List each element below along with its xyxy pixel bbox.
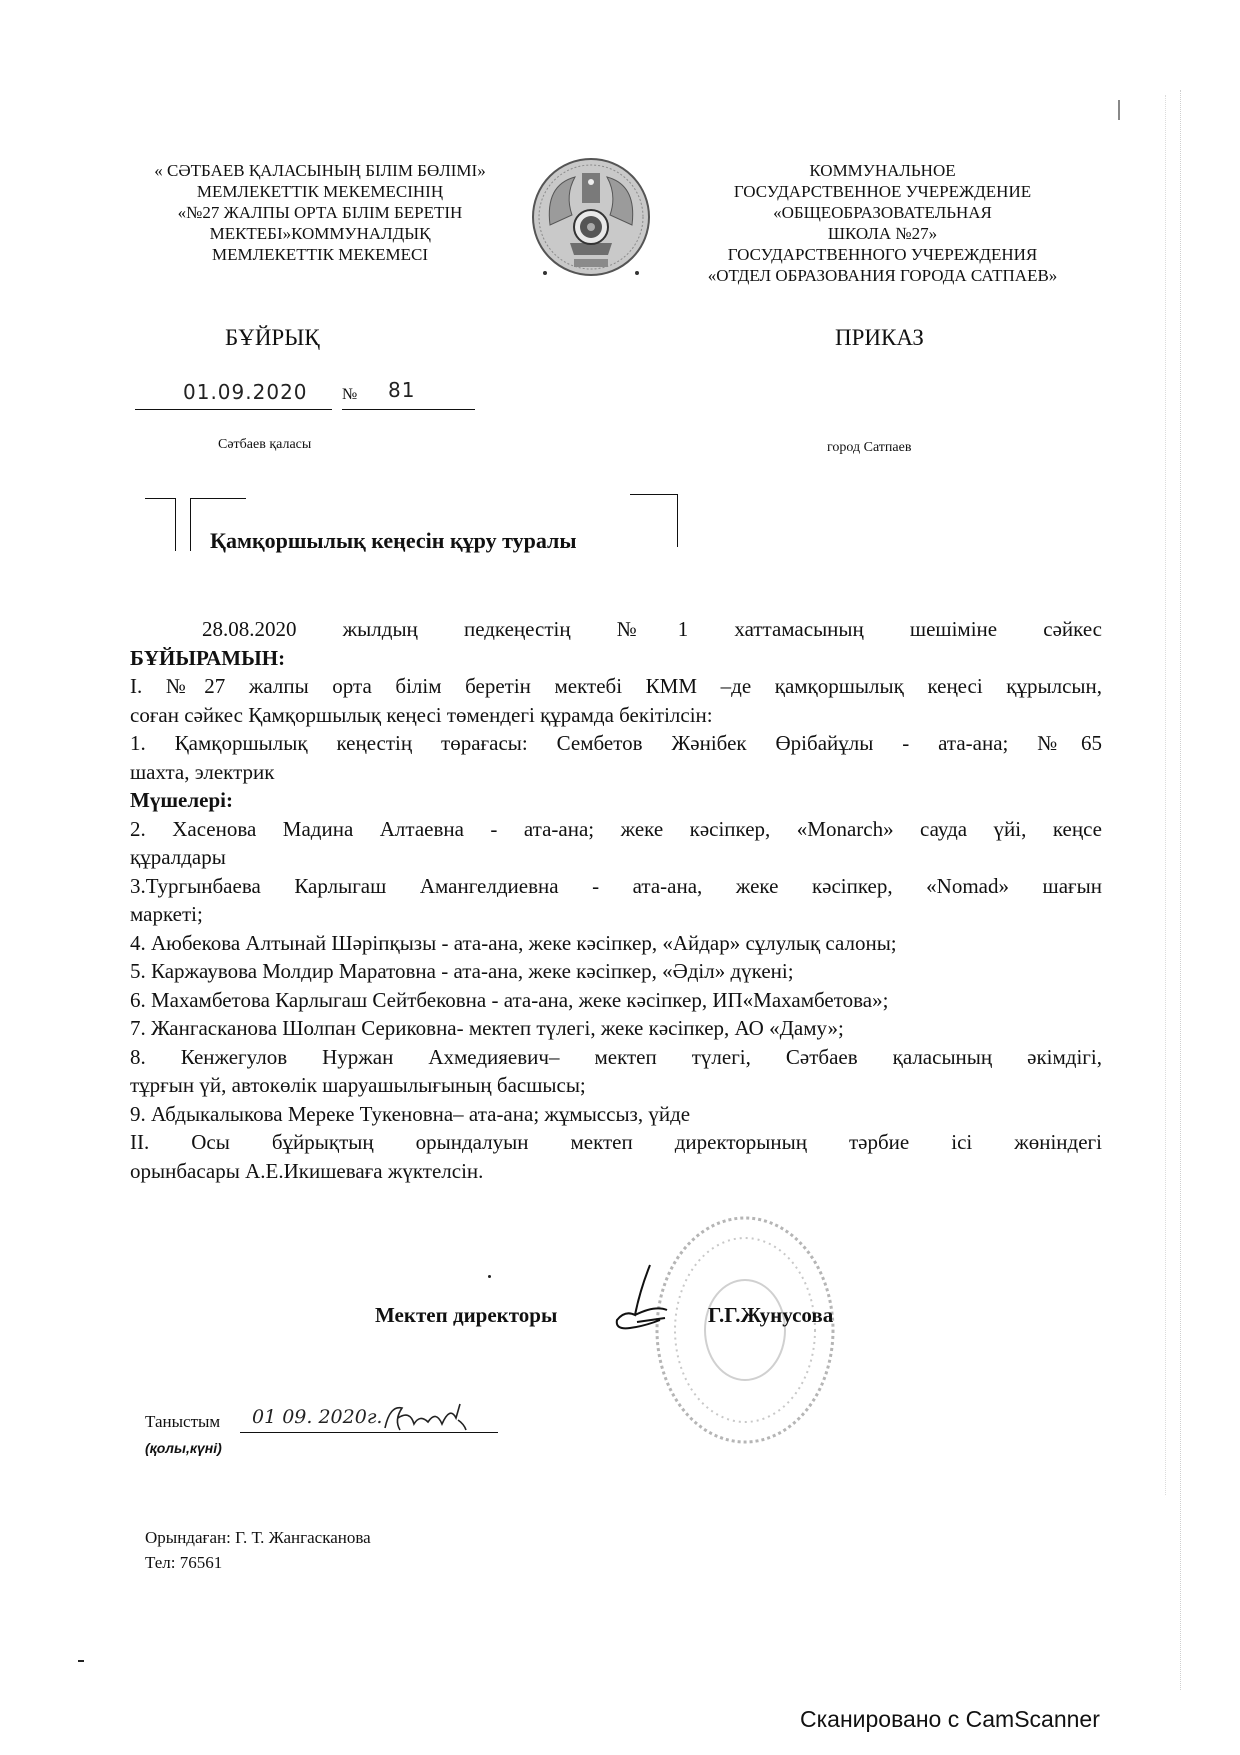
header-line: «ОТДЕЛ ОБРАЗОВАНИЯ ГОРОДА САТПАЕВ» xyxy=(680,265,1085,286)
header-line: « СӘТБАЕВ ҚАЛАСЫНЫҢ БІЛІМ БӨЛІМІ» xyxy=(125,160,515,181)
scan-speck xyxy=(488,1275,491,1278)
order-number-sign: № xyxy=(342,386,357,404)
member-item-cont: құралдары xyxy=(130,843,1102,872)
acknowledgement-date: 01 09. 2020г. xyxy=(252,1406,382,1428)
member-item: 3.Тургынбаева Карлыгаш Амангелдиевна - а… xyxy=(130,872,1102,901)
section-1-line: I. №27 жалпы орта білім беретін мектебі … xyxy=(130,672,1102,701)
director-role: Мектеп директоры xyxy=(375,1303,557,1328)
member-item: 5. Каржаувова Молдир Маратовна - ата-ана… xyxy=(130,957,1102,986)
header-line: «№27 ЖАЛПЫ ОРТА БІЛІМ БЕРЕТІН xyxy=(125,202,515,223)
document-body: 28.08.2020 жылдың педкеңестің №1 хаттама… xyxy=(130,615,1102,1185)
member-item: 4. Аюбекова Алтынай Шәріпқызы - ата-ана,… xyxy=(130,929,1102,958)
executor-name: Орындаған: Г. Т. Жангасканова xyxy=(145,1525,371,1550)
title-bracket-left-outer xyxy=(145,498,176,551)
header-line: КОММУНАЛЬНОЕ xyxy=(680,160,1085,181)
order-number: 81 xyxy=(388,378,415,402)
acknowledgement-label: Таныстым xyxy=(145,1412,220,1432)
section-2-line: орынбасары А.Е.Икишеваға жүктелсін. xyxy=(130,1157,1102,1186)
header-line: МЕМЛЕКЕТТІК МЕКЕМЕСІНІҢ xyxy=(125,181,515,202)
camscanner-watermark: Сканировано с CamScanner xyxy=(800,1706,1100,1733)
acknowledgement-sublabel: (қолы,күні) xyxy=(145,1440,222,1456)
header-org-kazakh: « СӘТБАЕВ ҚАЛАСЫНЫҢ БІЛІМ БӨЛІМІ» МЕМЛЕК… xyxy=(125,160,515,265)
header-line: ШКОЛА №27» xyxy=(680,223,1085,244)
executor-phone: Тел: 76561 xyxy=(145,1550,371,1575)
signature-icon xyxy=(605,1260,685,1340)
doc-type-russian: ПРИКАЗ xyxy=(835,325,924,351)
member-item-cont: тұрғын үй, автокөлік шаруашылығының басш… xyxy=(130,1071,1102,1100)
order-date: 01.09.2020 xyxy=(183,380,308,404)
member-item: 9. Абдыкалыкова Мереке Тукеновна– ата-ан… xyxy=(130,1100,1102,1129)
header-line: МЕКТЕБІ»КОММУНАЛДЫҚ xyxy=(125,223,515,244)
line-gap xyxy=(332,409,342,412)
header-org-russian: КОММУНАЛЬНОЕ ГОСУДАРСТВЕННОЕ УЧЕРЕЖДЕНИЕ… xyxy=(680,160,1085,286)
member-item: 2. Хасенова Мадина Алтаевна - ата-ана; ж… xyxy=(130,815,1102,844)
chair-line: шахта, электрик xyxy=(130,758,1102,787)
header-line: МЕМЛЕКЕТТІК МЕКЕМЕСІ xyxy=(125,244,515,265)
members-heading: Мүшелері: xyxy=(130,786,1102,815)
header-line: ГОСУДАРСТВЕННОЕ УЧЕРЕЖДЕНИЕ xyxy=(680,181,1085,202)
header-line: ГОСУДАРСТВЕННОГО УЧЕРЕЖДЕНИЯ xyxy=(680,244,1085,265)
document-title: Қамқоршылық кеңесін құру туралы xyxy=(210,528,577,554)
section-2-line: II. Осы бұйрықтың орындалуын мектеп дире… xyxy=(130,1128,1102,1157)
state-emblem-icon xyxy=(530,155,652,285)
director-name: Г.Г.Жунусова xyxy=(708,1303,833,1328)
member-item-cont: маркеті; xyxy=(130,900,1102,929)
scan-edge-artifact xyxy=(1180,90,1187,1690)
scan-speck xyxy=(78,1660,84,1662)
header-line: «ОБЩЕОБРАЗОВАТЕЛЬНАЯ xyxy=(680,202,1085,223)
member-item: 8. Кенжегулов Нуржан Ахмедияевич– мектеп… xyxy=(130,1043,1102,1072)
city-russian: город Сатпаев xyxy=(827,440,911,456)
doc-type-kazakh: БҰЙРЫҚ xyxy=(225,325,320,351)
executor-info: Орындаған: Г. Т. Жангасканова Тел: 76561 xyxy=(145,1525,371,1575)
scan-speck xyxy=(1118,100,1120,120)
intro-paragraph: 28.08.2020 жылдың педкеңестің №1 хаттама… xyxy=(130,615,1102,644)
city-kazakh: Сәтбаев қаласы xyxy=(218,437,311,453)
member-item: 7. Жангасканова Шолпан Сериковна- мектеп… xyxy=(130,1014,1102,1043)
title-bracket-right xyxy=(630,494,678,547)
section-1-line: соған сәйкес Қамқоршылық кеңесі төмендег… xyxy=(130,701,1102,730)
acknowledgement-signature-icon xyxy=(380,1400,470,1441)
member-item: 6. Махамбетова Карлыгаш Сейтбековна - ат… xyxy=(130,986,1102,1015)
order-word: БҰЙЫРАМЫН: xyxy=(130,644,1102,673)
scan-edge-artifact xyxy=(1165,95,1170,1495)
chair-line: 1. Қамқоршылық кеңестің төрағасы: Сембет… xyxy=(130,729,1102,758)
